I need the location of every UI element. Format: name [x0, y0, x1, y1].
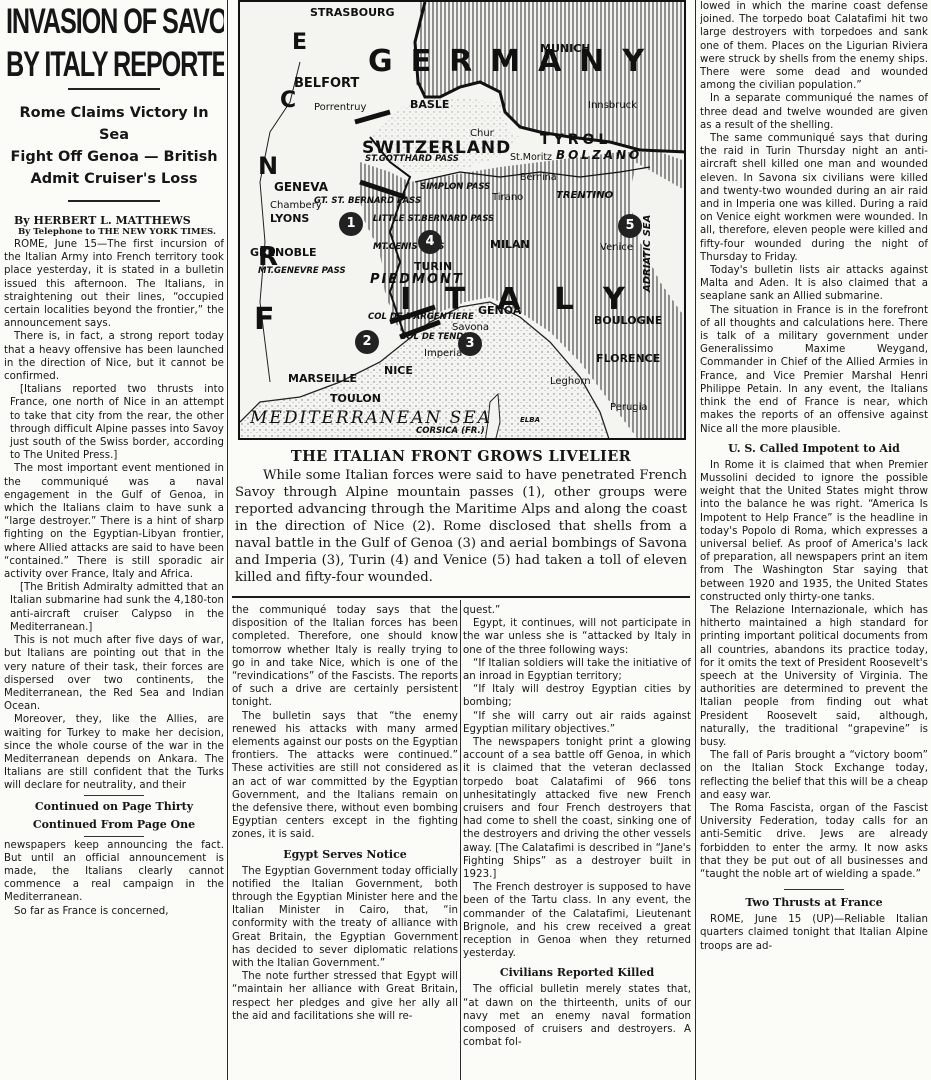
credit-line: By Telephone to THE NEW YORK TIMES. — [18, 227, 224, 237]
map-label-innsbruck: Innsbruck — [588, 100, 637, 111]
map-label-munich: MUNICH — [540, 42, 590, 55]
map-label-mediterranean: MEDITERRANEAN SEA — [250, 408, 492, 428]
map-label-adriatic: ADRIATIC SEA — [642, 215, 653, 292]
map-label-geneva: GENEVA — [274, 180, 328, 194]
map-label-st-gotthard: ST.GOTTHARD PASS — [365, 154, 459, 164]
map-label-france-letter: E — [292, 30, 307, 55]
map-label-porrentruy: Porrentruy — [314, 102, 366, 113]
paragraph: [Italians reported two thrusts into Fran… — [4, 383, 224, 462]
deck-line-3: Admit Cruiser's Loss — [4, 168, 224, 190]
paragraph: “If Italian soldiers will take the initi… — [463, 657, 691, 683]
map-marker-1: 1 — [339, 212, 363, 236]
paragraph: The fall of Paris brought a “victory boo… — [700, 749, 928, 802]
paragraph: the communiqué today says that the dispo… — [232, 604, 458, 710]
paragraph: The most important event mentioned in th… — [4, 462, 224, 581]
divider — [84, 795, 144, 796]
paragraph: [The British Admiralty admitted that an … — [4, 581, 224, 634]
map-label-basle: BASLE — [410, 98, 449, 111]
map-label-belfort: BELFORT — [294, 76, 359, 91]
map-label-boulogne: BOULOGNE — [594, 314, 662, 327]
paragraph: newspapers keep announcing the fact. But… — [4, 839, 224, 905]
map-label-bernina: Bernina — [520, 172, 557, 183]
map-label-france-letter: C — [280, 88, 296, 113]
paragraph: So far as France is concerned, — [4, 905, 224, 918]
map-label-imperia: Imperia — [424, 348, 462, 359]
paragraph: The Roma Fascista, organ of the Fascist … — [700, 802, 928, 881]
map-label-germany: GERMANY — [368, 44, 662, 79]
paragraph: The note further stressed that Egypt wil… — [232, 970, 458, 1023]
map-label-corsica: CORSICA (FR.) — [416, 426, 485, 436]
divider — [84, 836, 144, 837]
paragraph: quest.” — [463, 604, 691, 617]
paragraph: In Rome it is claimed that when Premier … — [700, 459, 928, 604]
column-rule — [460, 600, 461, 1080]
deck-line-1: Rome Claims Victory In Sea — [4, 102, 224, 146]
map-label-simplon-pass: SIMPLON PASS — [420, 182, 490, 192]
map-label-strasbourg: STRASBOURG — [310, 6, 395, 19]
deck: Rome Claims Victory In Sea Fight Off Gen… — [4, 102, 224, 190]
headline: INVASION OF SAVOY BY ITALY REPORTED — [6, 0, 222, 86]
caption-text: While some Italian forces were said to h… — [232, 467, 690, 586]
divider — [68, 200, 160, 202]
map: STRASBOURG GERMANY MUNICH BELFORT Porren… — [238, 0, 686, 440]
subhead-two-thrusts: Two Thrusts at France — [700, 896, 928, 909]
paragraph: The newspapers tonight print a glowing a… — [463, 736, 691, 881]
map-label-tirano: Tirano — [492, 192, 523, 203]
map-label-florence: FLORENCE — [596, 352, 660, 365]
map-marker-3: 3 — [458, 332, 482, 356]
map-label-lyons: LYONS — [270, 212, 309, 225]
jump-line-continued-from: Continued From Page One — [4, 816, 224, 834]
paragraph: ROME, June 15—The first incursion of the… — [4, 238, 224, 330]
map-label-tyrol: TYROL — [540, 132, 611, 148]
paragraph: lowed in which the marine coast defense … — [700, 0, 928, 92]
map-label-france-letter: N — [258, 152, 278, 180]
map-marker-5: 5 — [618, 214, 642, 238]
map-caption: THE ITALIAN FRONT GROWS LIVELIER While s… — [232, 444, 690, 594]
column-2: the communiqué today says that the dispo… — [232, 604, 458, 1080]
paragraph: In a separate communiqué the names of th… — [700, 92, 928, 132]
caption-title: THE ITALIAN FRONT GROWS LIVELIER — [232, 448, 690, 465]
map-label-nice: NICE — [384, 364, 413, 377]
paragraph: The situation in France is in the forefr… — [700, 304, 928, 436]
column-1: INVASION OF SAVOY BY ITALY REPORTED Rome… — [4, 0, 224, 1080]
map-label-col-de-largentiere: COL DE L'ARGENTIERE — [368, 312, 474, 322]
map-label-st-moritz: St.Moritz — [510, 152, 552, 163]
map-label-genoa: GENOA — [478, 304, 521, 317]
map-label-france-letter: R — [258, 242, 278, 272]
jump-line-continued-on: Continued on Page Thirty — [4, 798, 224, 816]
map-label-chambery: Chambery — [270, 200, 322, 211]
paragraph: Egypt, it continues, will not participat… — [463, 617, 691, 657]
paragraph: “If Italy will destroy Egyptian cities b… — [463, 683, 691, 709]
paragraph: Today's bulletin lists air attacks again… — [700, 264, 928, 304]
paragraph: ROME, June 15 (UP)—Reliable Italian quar… — [700, 913, 928, 953]
map-label-little-st-bernard: LITTLE ST.BERNARD PASS — [373, 214, 494, 224]
paragraph: The French destroyer is supposed to have… — [463, 881, 691, 960]
map-label-venice: Venice — [600, 242, 633, 253]
subhead-us-impotent: U. S. Called Impotent to Aid — [700, 442, 928, 455]
map-label-leghorn: Leghorn — [550, 376, 591, 387]
divider — [68, 88, 160, 90]
map-marker-2: 2 — [355, 330, 379, 354]
divider — [784, 889, 844, 890]
paragraph: “If she will carry out air raids against… — [463, 710, 691, 736]
map-label-france-letter: F — [254, 302, 275, 337]
map-figure: STRASBOURG GERMANY MUNICH BELFORT Porren… — [232, 0, 690, 442]
byline: By HERBERT L. MATTHEWS — [14, 214, 224, 227]
map-label-gt-st-bernard: GT. ST. BERNARD PASS — [314, 196, 421, 206]
column-3: quest.” Egypt, it continues, will not pa… — [463, 604, 691, 1080]
caption-rule — [232, 596, 690, 598]
column-4: lowed in which the marine coast defense … — [700, 0, 928, 1080]
paragraph: The official bulletin merely states that… — [463, 983, 691, 1049]
headline-line-2: BY ITALY REPORTED — [6, 43, 222, 86]
map-label-perugia: Perugia — [610, 402, 648, 413]
map-label-marseille: MARSEILLE — [288, 372, 357, 385]
paragraph: Moreover, they, like the Allies, are wai… — [4, 713, 224, 792]
map-marker-4: 4 — [418, 230, 442, 254]
headline-line-1: INVASION OF SAVOY — [6, 0, 222, 43]
map-label-bolzano: BOLZANO — [556, 148, 642, 162]
subhead-civilians: Civilians Reported Killed — [463, 966, 691, 979]
column-rule — [227, 0, 228, 1080]
paragraph: There is, in fact, a strong report today… — [4, 330, 224, 383]
deck-line-2: Fight Off Genoa — British — [4, 146, 224, 168]
paragraph: The same communiqué says that during the… — [700, 132, 928, 264]
paragraph: The Egyptian Government today officially… — [232, 865, 458, 971]
map-label-trentino: TRENTINO — [556, 190, 613, 201]
paragraph: The bulletin says that “the enemy renewe… — [232, 710, 458, 842]
map-label-toulon: TOULON — [330, 392, 381, 405]
map-label-milan: MILAN — [490, 238, 530, 251]
subhead-egypt: Egypt Serves Notice — [232, 848, 458, 861]
paragraph: The Relazione Internazionale, which has … — [700, 604, 928, 749]
paragraph: This is not much after five days of war,… — [4, 634, 224, 713]
map-label-elba: ELBA — [520, 416, 540, 424]
column-rule — [695, 0, 696, 1080]
